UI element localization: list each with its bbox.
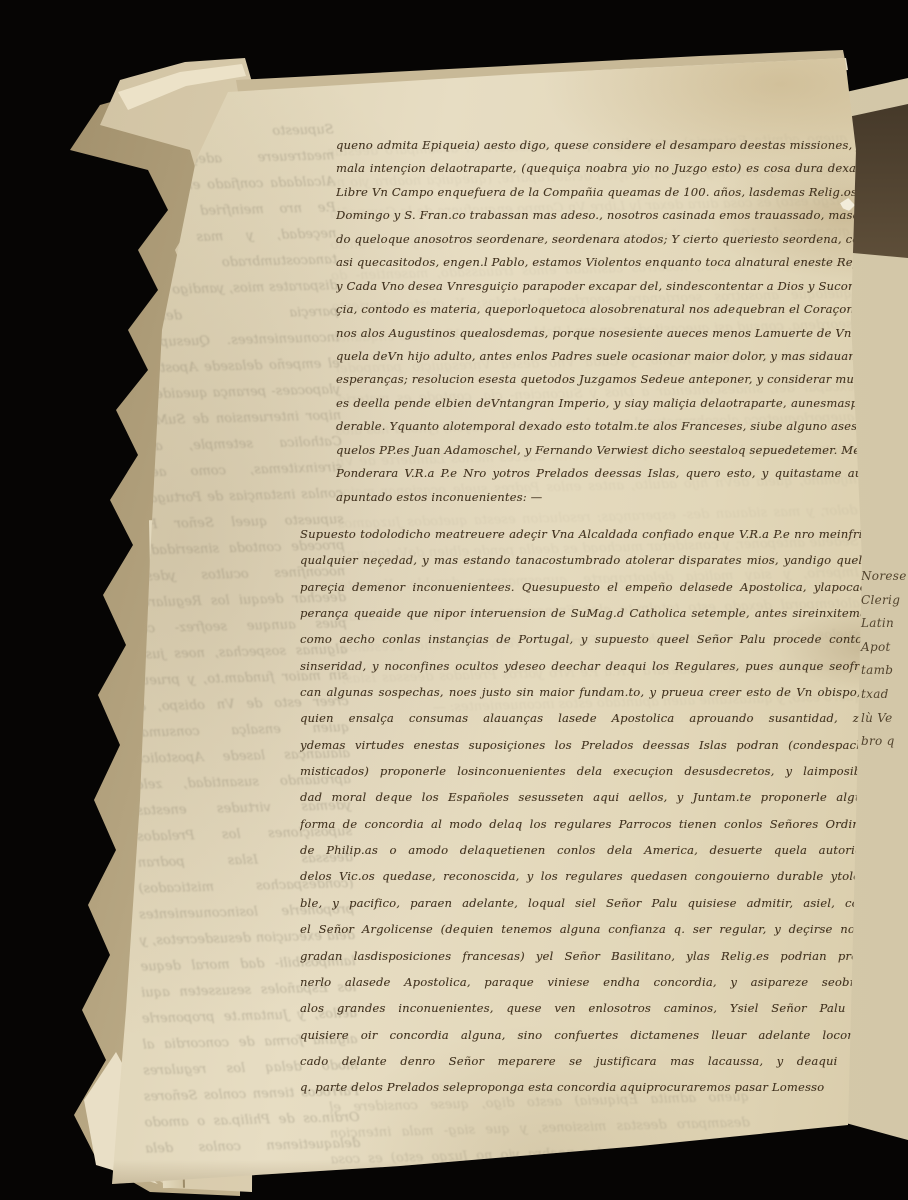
manuscript-line: misticados) proponerle losinconuenientes… [300, 758, 877, 784]
facing-page-line-fragment: bro q [861, 730, 908, 754]
manuscript-line: do queloque anosotros seordenare, seorde… [336, 228, 877, 251]
facing-page-line-fragment: Clerig [861, 589, 908, 613]
manuscript-line: delos Vic.os quedase, reconoscida, y los… [300, 863, 877, 889]
manuscript-line: quelos PP.es Juan Adamoschel, y Fernando… [336, 439, 877, 462]
manuscript-line: quien ensalça consumas alauanças lasede … [300, 705, 877, 731]
manuscript-line: perança queaide que nipor interuension d… [300, 600, 877, 626]
manuscript-line: cado delante denro Señor meparere se jus… [300, 1048, 877, 1074]
manuscript-line: apuntado estos inconuenientes: — [336, 486, 877, 509]
facing-page-line-fragment: Norese [861, 565, 908, 589]
facing-page-line-fragment: Apot [861, 636, 908, 660]
manuscript-line: el Señor Argolicense (dequien tenemos al… [300, 916, 877, 942]
facing-page-line-fragment: tamb [861, 659, 908, 683]
manuscript-line: Domingo y S. Fran.co trabassan mas adeso… [336, 204, 877, 227]
facing-page-text-fragments: NoreseClerigLatinApottambtxadlù Vebro q [861, 565, 908, 754]
manuscript-line: alos grandes inconuenientes, quese ven e… [300, 995, 877, 1021]
facing-page-line-fragment: txad [861, 683, 908, 707]
manuscript-line: gradan lasdisposiciones francesas) yel S… [300, 943, 877, 969]
manuscript-line: y Cada Vno desea Vnresguiçio parapoder e… [336, 275, 877, 298]
manuscript-line: Libre Vn Campo enquefuera de la Compañia… [336, 181, 877, 204]
manuscript-line: de Philip.as o amodo delaquetienen conlo… [300, 837, 877, 863]
manuscript-line: Supuesto todolodicho meatreuere adeçir V… [300, 521, 877, 547]
manuscript-photo: NoreseClerigLatinApottambtxadlù Vebro q … [0, 0, 908, 1200]
manuscript-line: ydemas virtudes enestas suposiçiones los… [300, 732, 877, 758]
manuscript-line: pareçia demenor inconuenientees. Quesupu… [300, 574, 877, 600]
manuscript-line: forma de concordia al modo delaq los reg… [300, 811, 877, 837]
manuscript-line: nerlo alasede Apostolica, paraque vinies… [300, 969, 877, 995]
manuscript-line: sinseridad, y noconfines ocultos ydeseo … [300, 653, 877, 679]
manuscript-line: asi quecasitodos, engen.l Pablo, estamos… [336, 251, 877, 274]
manuscript-line: quela deVn hijo adulto, antes enlos Padr… [336, 345, 877, 368]
manuscript-line: dad moral deque los Españoles sesusseten… [300, 784, 877, 810]
manuscript-line: ble, y pacifico, paraen adelante, loqual… [300, 890, 877, 916]
manuscript-paragraph-1: queno admita Epiqueia) aesto digo, quese… [336, 134, 877, 509]
manuscript-line: Ponderara V.R.a P.e Nro yotros Prelados … [336, 462, 877, 485]
manuscript-line: como aecho conlas instançias de Portugal… [300, 626, 877, 652]
manuscript-line: derable. Yquanto alotemporal dexado esto… [336, 415, 877, 438]
manuscript-line: çia, contodo es materia, queporloquetoca… [336, 298, 877, 321]
manuscript-line: can algunas sospechas, noes justo sin ma… [300, 679, 877, 705]
manuscript-line: nos alos Augustinos quealosdemas, porque… [336, 322, 877, 345]
manuscript-line: qualquier neçedad, y mas estando tanacos… [300, 547, 877, 573]
manuscript-paragraph-2: Supuesto todolodicho meatreuere adeçir V… [300, 521, 877, 1101]
facing-page-line-fragment: lù Ve [861, 707, 908, 731]
manuscript-line: quisiere oir concordia alguna, sino conf… [300, 1022, 877, 1048]
manuscript-line: esperanças; resolucion esesta quetodos J… [336, 368, 877, 391]
manuscript-line: mala intençion delaotraparte, (quequiça … [336, 157, 877, 180]
manuscript-line: es deella pende elbien deVntangran Imper… [336, 392, 877, 415]
manuscript-line: q. parte delos Prelados seleproponga est… [300, 1074, 877, 1100]
facing-page-line-fragment: Latin [861, 612, 908, 636]
manuscript-line: queno admita Epiqueia) aesto digo, quese… [336, 134, 877, 157]
